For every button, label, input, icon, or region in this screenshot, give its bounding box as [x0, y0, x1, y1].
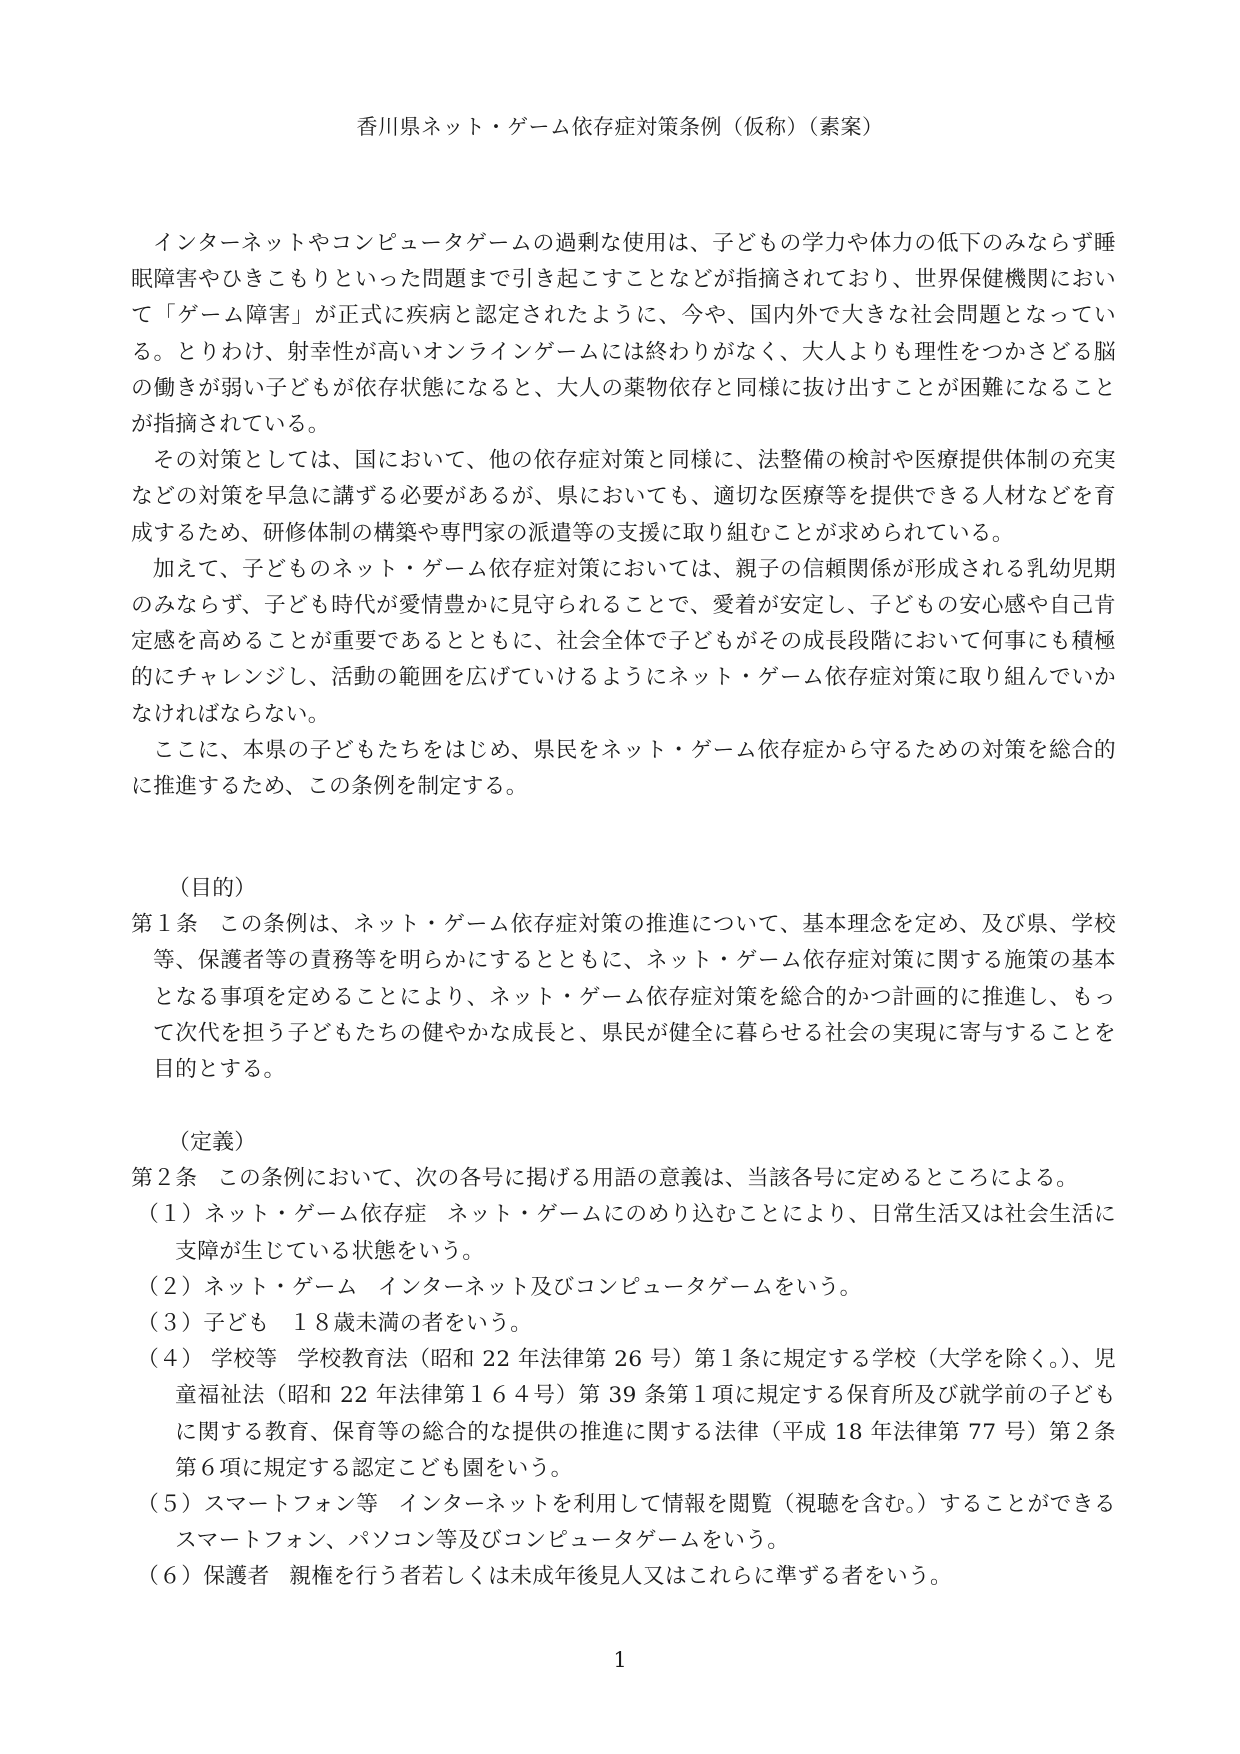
item-term: ネット・ゲーム — [203, 1275, 358, 1300]
item-label: （４） — [137, 1347, 204, 1372]
article-2-heading: （定義） — [131, 1125, 1116, 1161]
article-1-text: この条例は、ネット・ゲーム依存症対策の推進について、基本理念を定め、及び県、学校… — [153, 912, 1116, 1082]
article-1-number: 第１条 — [131, 912, 199, 937]
article-1-body: 第１条この条例は、ネット・ゲーム依存症対策の推進について、基本理念を定め、及び県… — [131, 907, 1116, 1088]
item-term: 学校等 — [204, 1347, 278, 1372]
document-page: 香川県ネット・ゲーム依存症対策条例（仮称）（素案） インターネットやコンピュータ… — [0, 0, 1240, 1754]
definition-item-4: （４） 学校等学校教育法（昭和 22 年法律第 26 号）第１条に規定する学校（… — [131, 1342, 1116, 1487]
preamble: インターネットやコンピュータゲームの過剰な使用は、子どもの学力や体力の低下のみな… — [131, 226, 1116, 805]
preamble-paragraph-1: インターネットやコンピュータゲームの過剰な使用は、子どもの学力や体力の低下のみな… — [131, 226, 1116, 443]
item-term: 保護者 — [203, 1564, 269, 1589]
item-label: （５） — [137, 1492, 203, 1517]
item-term: 子ども — [203, 1311, 269, 1336]
definition-item-3: （３）子ども１８歳未満の者をいう。 — [131, 1306, 1116, 1342]
item-definition: １８歳未満の者をいう。 — [289, 1311, 532, 1336]
item-label: （１） — [137, 1202, 204, 1227]
item-label: （６） — [137, 1564, 203, 1589]
item-term: スマートフォン等 — [203, 1492, 378, 1517]
definition-item-2: （２）ネット・ゲームインターネット及びコンピュータゲームをいう。 — [131, 1270, 1116, 1306]
item-label: （２） — [137, 1275, 203, 1300]
definition-item-1: （１）ネット・ゲーム依存症ネット・ゲームにのめり込むことにより、日常生活又は社会… — [131, 1197, 1116, 1269]
article-1: （目的） 第１条この条例は、ネット・ゲーム依存症対策の推進について、基本理念を定… — [131, 871, 1116, 1088]
item-term: ネット・ゲーム依存症 — [204, 1202, 427, 1227]
item-definition: 親権を行う者若しくは未成年後見人又はこれらに準ずる者をいう。 — [289, 1564, 952, 1589]
article-1-heading: （目的） — [131, 871, 1116, 907]
article-2: （定義） 第２条この条例において、次の各号に掲げる用語の意義は、当該各号に定める… — [131, 1125, 1116, 1596]
page-number: 1 — [0, 1648, 1240, 1672]
preamble-paragraph-3: 加えて、子どものネット・ゲーム依存症対策においては、親子の信頼関係が形成される乳… — [131, 552, 1116, 733]
article-2-body: 第２条この条例において、次の各号に掲げる用語の意義は、当該各号に定めるところによ… — [131, 1161, 1116, 1197]
item-definition: 学校教育法（昭和 22 年法律第 26 号）第１条に規定する学校（大学を除く。）… — [175, 1347, 1116, 1481]
article-2-number: 第２条 — [131, 1166, 197, 1191]
definition-item-5: （５）スマートフォン等インターネットを利用して情報を閲覧（視聴を含む。）すること… — [131, 1487, 1116, 1559]
article-2-text: この条例において、次の各号に掲げる用語の意義は、当該各号に定めるところによる。 — [217, 1166, 1078, 1191]
preamble-paragraph-2: その対策としては、国において、他の依存症対策と同様に、法整備の検討や医療提供体制… — [131, 443, 1116, 552]
definition-item-6: （６）保護者親権を行う者若しくは未成年後見人又はこれらに準ずる者をいう。 — [131, 1559, 1116, 1595]
item-definition: インターネット及びコンピュータゲームをいう。 — [378, 1275, 862, 1300]
item-label: （３） — [137, 1311, 203, 1336]
preamble-paragraph-4: ここに、本県の子どもたちをはじめ、県民をネット・ゲーム依存症から守るための対策を… — [131, 733, 1116, 805]
document-title: 香川県ネット・ゲーム依存症対策条例（仮称）（素案） — [0, 112, 1240, 142]
